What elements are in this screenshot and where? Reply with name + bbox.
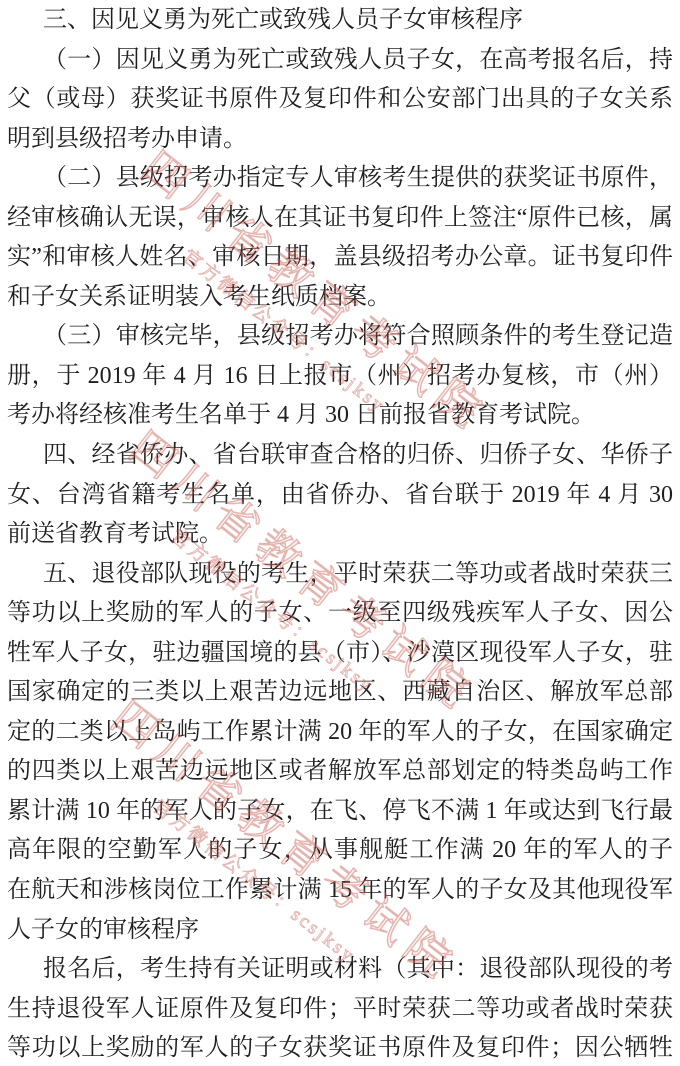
text-line: 国家确定的三类以上艰苦边远地区、西藏自治区、解放军总部划 xyxy=(7,673,673,713)
section-heading-4: 四、经省侨办、省台联审查合格的归侨、归侨子女、华侨子 xyxy=(7,436,673,476)
section-heading-5: 五、退役部队现役的考生，平时荣获二等功或者战时荣获三 xyxy=(7,555,673,595)
text-line: 报名后，考生持有关证明或材料（其中：退役部队现役的考 xyxy=(7,950,673,990)
text-line: 的四类以上艰苦边远地区或者解放军总部划定的特类岛屿工作 xyxy=(7,752,673,792)
text-line: 累计满 10 年的军人的子女，在飞、停飞不满 1 年或达到飞行最 xyxy=(7,792,673,832)
text-line: 牲军人子女，驻边疆国境的县（市）、沙漠区现役军人子女，驻 xyxy=(7,634,673,674)
text-line: 前送省教育考试院。 xyxy=(7,515,673,555)
text-line: （一）因见义勇为死亡或致残人员子女，在高考报名后，持 xyxy=(7,41,673,81)
text-line: 册，于 2019 年 4 月 16 日上报市（州）招考办复核，市（州）招 xyxy=(7,357,673,397)
text-line: 生持退役军人证原件及复印件；平时荣获二等功或者战时荣获三 xyxy=(7,990,673,1030)
text-line: 在航天和涉核岗位工作累计满 15 年的军人的子女及其他现役军 xyxy=(7,871,673,911)
text-line: 等功以上奖励的军人的子女获奖证书原件及复印件；因公牺牲军 xyxy=(7,1029,673,1066)
text-line: （三）审核完毕，县级招考办将符合照顾条件的考生登记造 xyxy=(7,317,673,357)
text-line: 经审核确认无误，审核人在其证书复印件上签注“原件已核，属 xyxy=(7,199,673,239)
text-line: 实”和审核人姓名、审核日期，盖县级招考办公章。证书复印件 xyxy=(7,238,673,278)
document-page: 三、因见义勇为死亡或致残人员子女审核程序 （一）因见义勇为死亡或致残人员子女，在… xyxy=(0,0,680,1066)
text-line: 等功以上奖励的军人的子女、一级至四级残疾军人子女、因公牺 xyxy=(7,594,673,634)
text-line: 父（或母）获奖证书原件及复印件和公安部门出具的子女关系证 xyxy=(7,80,673,120)
text-line: 和子女关系证明装入考生纸质档案。 xyxy=(7,278,673,318)
document-body: 三、因见义勇为死亡或致残人员子女审核程序 （一）因见义勇为死亡或致残人员子女，在… xyxy=(0,0,680,1066)
text-line: 明到县级招考办申请。 xyxy=(7,120,673,160)
section-heading-3: 三、因见义勇为死亡或致残人员子女审核程序 xyxy=(7,1,673,41)
text-line: 考办将经核准考生名单于 4 月 30 日前报省教育考试院。 xyxy=(7,396,673,436)
text-line: 人子女的审核程序 xyxy=(7,911,673,951)
text-line: 定的二类以上岛屿工作累计满 20 年的军人的子女，在国家确定 xyxy=(7,713,673,753)
text-line: 高年限的空勤军人的子女，从事舰艇工作满 20 年的军人的子女， xyxy=(7,831,673,871)
text-line: （二）县级招考办指定专人审核考生提供的获奖证书原件， xyxy=(7,159,673,199)
text-line: 女、台湾省籍考生名单，由省侨办、省台联于 2019 年 4 月 30 日 xyxy=(7,476,673,516)
